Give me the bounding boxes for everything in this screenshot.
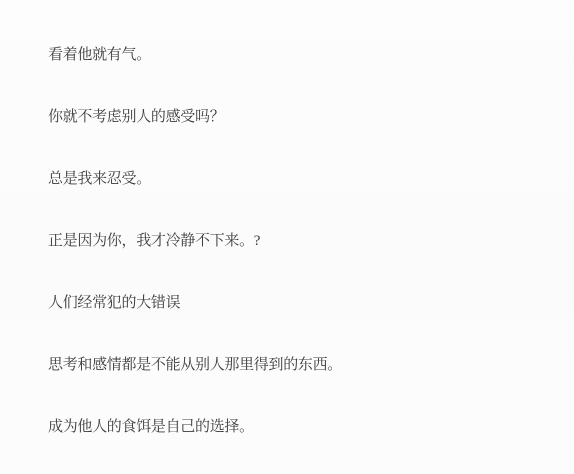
text-line: 人们经常犯的大错误 [48,296,180,311]
text-line: 看着他就有气。 [48,48,151,63]
text-line: 思考和感情都是不能从别人那里得到的东西。 [48,358,342,373]
text-line: 总是我来忍受。 [48,172,151,187]
text-line: 正是因为你，我才冷静不下来。? [48,234,260,249]
text-line: 你就不考虑别人的感受吗？ [48,110,224,125]
document-page: 看着他就有气。 你就不考虑别人的感受吗？ 总是我来忍受。 正是因为你，我才冷静不… [0,0,574,474]
text-line: 成为他人的食饵是自己的选择。 [48,420,254,435]
